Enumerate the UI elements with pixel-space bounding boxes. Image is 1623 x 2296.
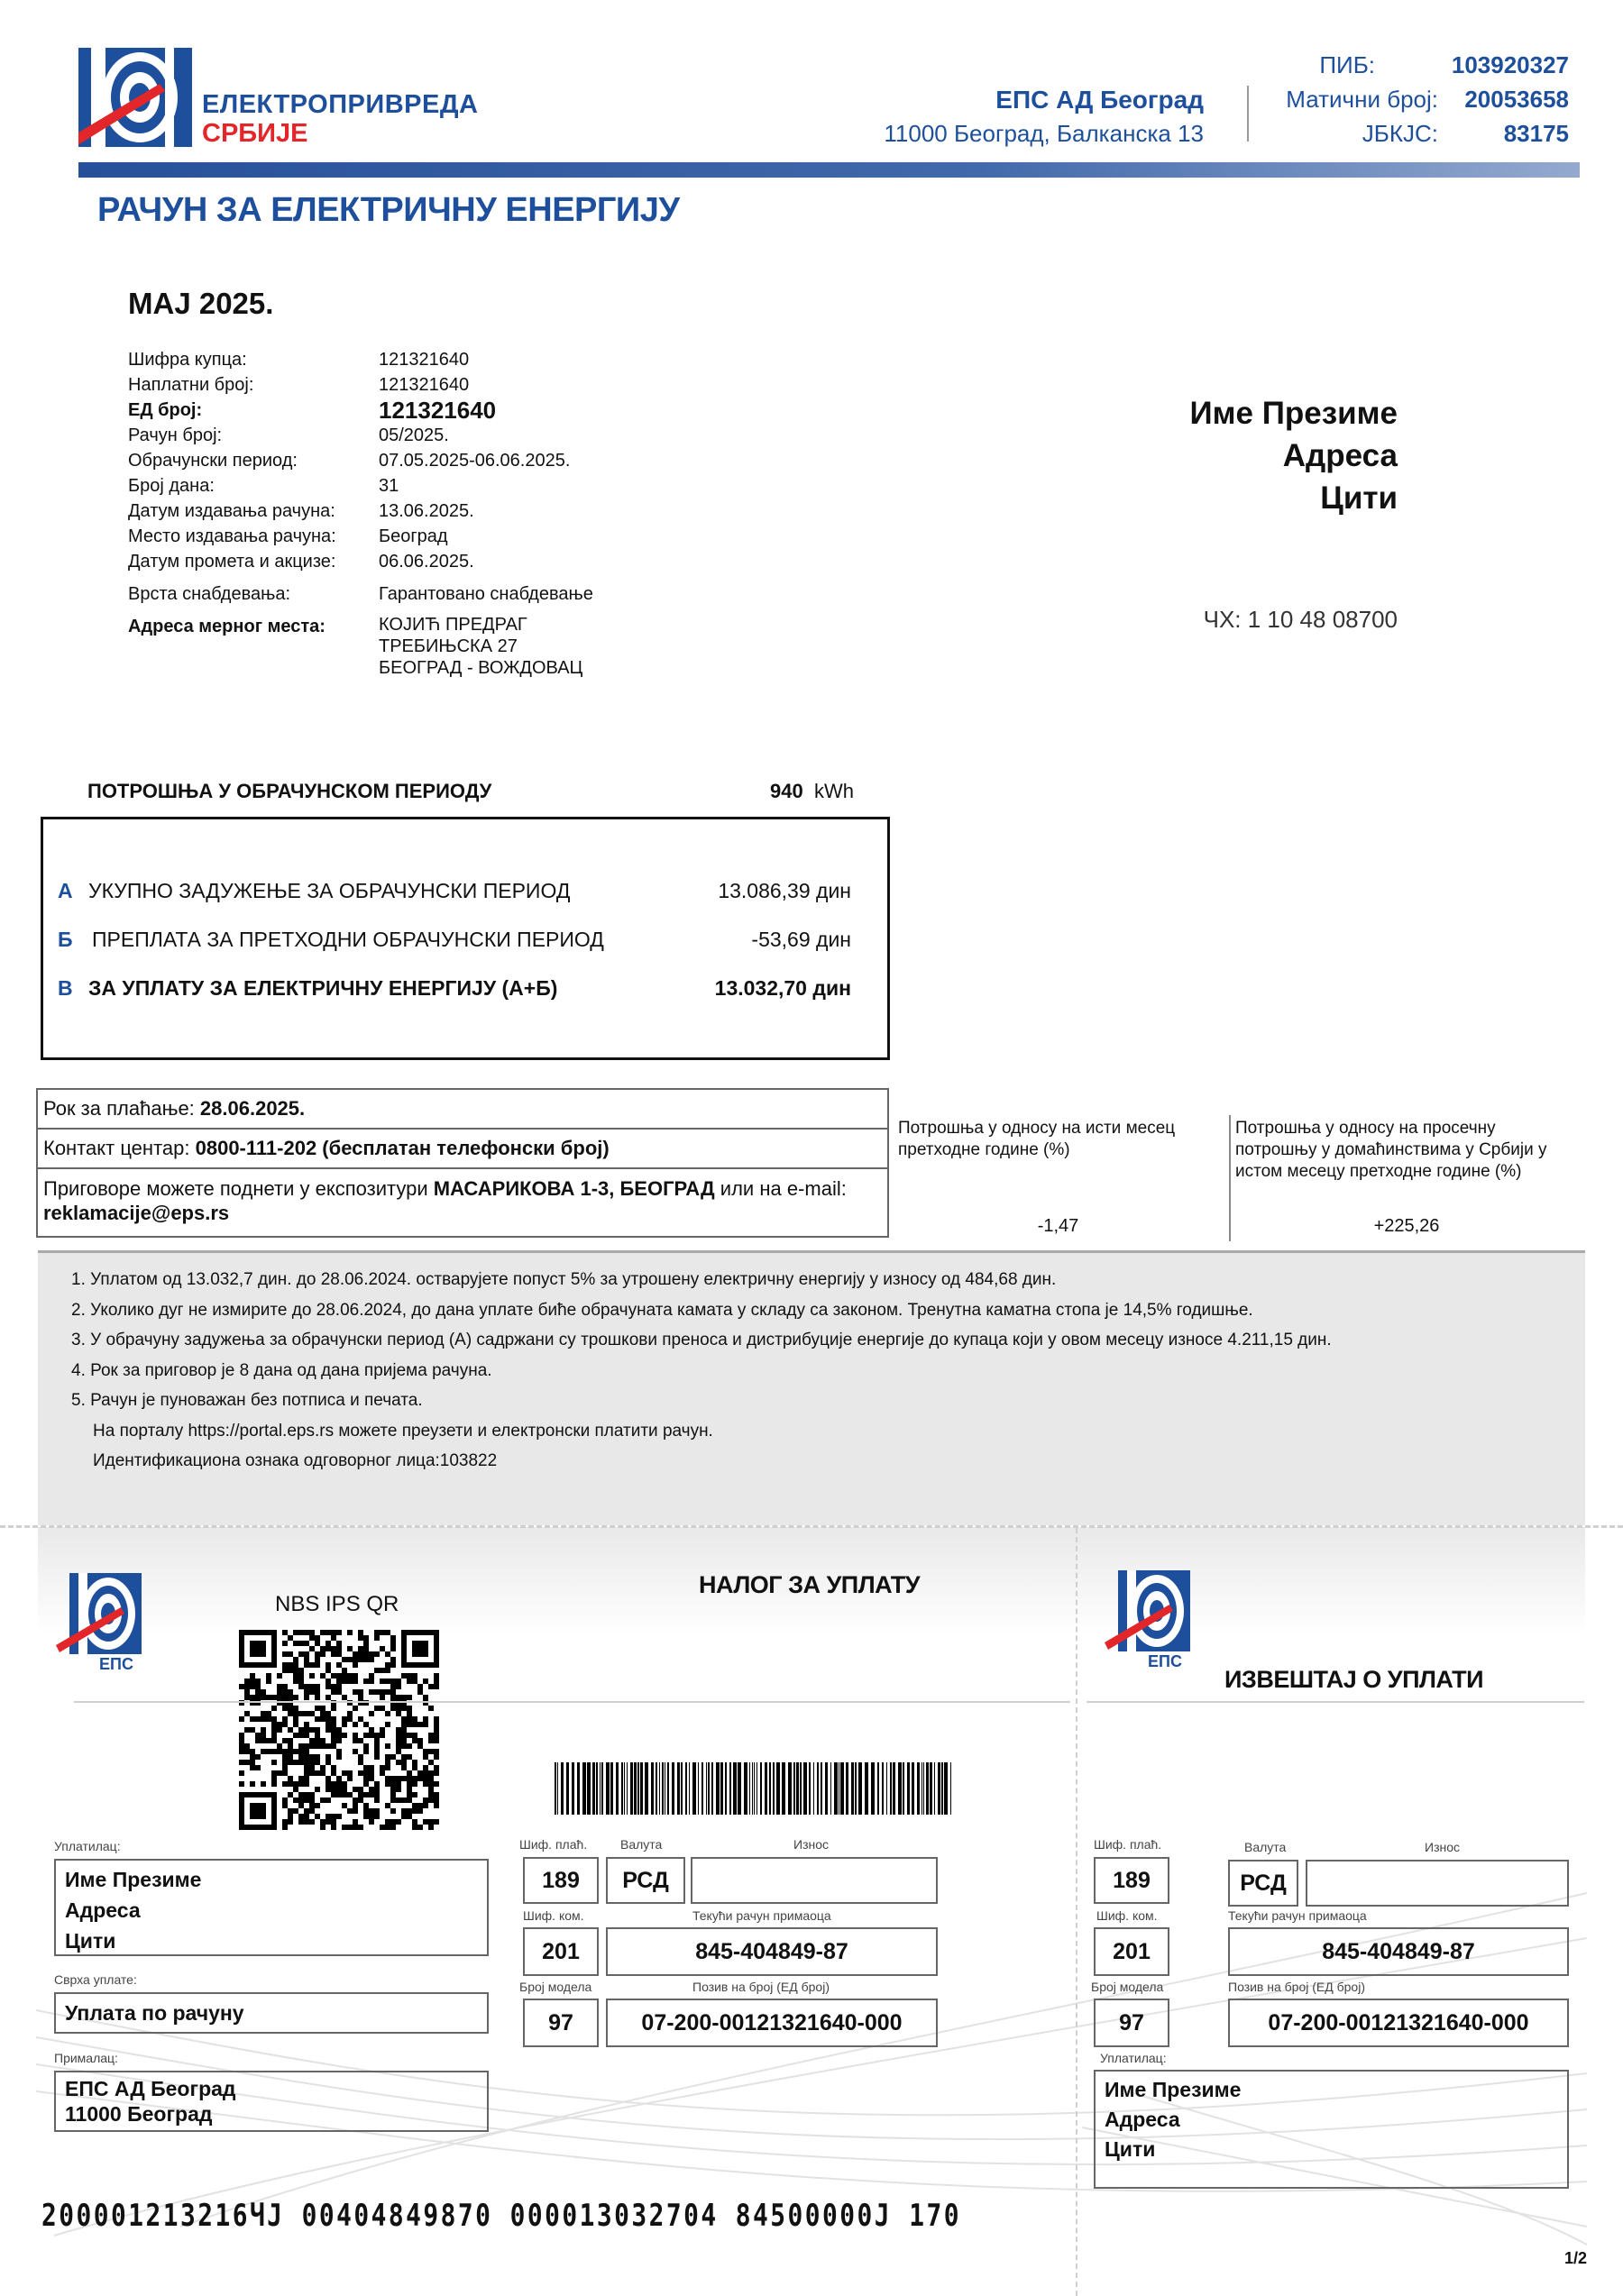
receipt-amount-label: Износ	[1425, 1840, 1460, 1854]
comparison-divider	[1229, 1115, 1231, 1241]
jbkjs-value: 83175	[1504, 120, 1569, 148]
info-turnover-date: Датум промета и акцизе:06.06.2025.	[128, 549, 593, 574]
recipient-street: Адреса	[1189, 435, 1398, 477]
complaint-email-link[interactable]: reklamacije@eps.rs	[43, 1202, 229, 1224]
document-title: РАЧУН ЗА ЕЛЕКТРИЧНУ ЕНЕРГИЈУ	[97, 191, 680, 230]
complaint-info: Приговоре можете поднети у експозитури М…	[38, 1169, 887, 1236]
currency-field[interactable]: РСД	[606, 1857, 685, 1904]
qr-code[interactable]	[239, 1630, 439, 1834]
receipt-account-field[interactable]: 845-404849-87	[1228, 1927, 1569, 1976]
payer-label: Уплатилац:	[54, 1839, 121, 1853]
note-item: 1. Уплатом од 13.032,7 дин. до 28.06.202…	[71, 1265, 1585, 1295]
info-days: Број дана:31	[128, 473, 593, 499]
info-billing-number: Наплатни број:121321640	[128, 372, 593, 398]
total-row-a: А УКУПНО ЗАДУЖЕЊЕ ЗА ОБРАЧУНСКИ ПЕРИОД 1…	[58, 879, 851, 903]
bill-info: Шифра купца:121321640 Наплатни број:1213…	[128, 347, 593, 679]
receipt-title: ИЗВЕШТАЈ О УПЛАТИ	[1224, 1666, 1483, 1694]
svg-text:ЕПС: ЕПС	[1148, 1652, 1182, 1669]
comm-code-field[interactable]: 201	[523, 1927, 599, 1976]
receipt-pay-code-label: Шиф. плаћ.	[1094, 1837, 1161, 1852]
total-row-b: Б ПРЕПЛАТА ЗА ПРЕТХОДНИ ОБРАЧУНСКИ ПЕРИО…	[58, 928, 851, 952]
receipt-comm-code-label: Шиф. ком.	[1096, 1908, 1158, 1923]
billing-month: МАЈ 2025.	[128, 287, 273, 321]
info-issue-place: Место издавања рачуна:Београд	[128, 524, 593, 549]
info-billing-period: Обрачунски период:07.05.2025-06.06.2025.	[128, 448, 593, 473]
pay-code-field[interactable]: 189	[523, 1857, 599, 1904]
account-label: Текући рачун примаоца	[692, 1908, 831, 1923]
qr-label: NBS IPS QR	[275, 1592, 399, 1617]
receipt-amount-field[interactable]	[1306, 1860, 1569, 1907]
receipt-comm-code-field[interactable]: 201	[1094, 1927, 1169, 1976]
purpose-field[interactable]: Уплата по рачуну	[54, 1992, 489, 2034]
receipt-currency-label: Валута	[1244, 1840, 1286, 1854]
receipt-reference-field[interactable]: 07-200-00121321640-000	[1228, 1999, 1569, 2047]
chx-code: ЧХ: 1 10 48 08700	[1204, 606, 1398, 634]
receipt-pay-code-field[interactable]: 189	[1094, 1857, 1169, 1904]
mb-label: Матични број:	[1286, 86, 1438, 114]
info-ed-number: ЕД број:121321640	[128, 398, 593, 423]
note-item: 3. У обрачуну задужења за обрачунски пер…	[71, 1325, 1585, 1356]
reference-field[interactable]: 07-200-00121321640-000	[606, 1999, 938, 2047]
receipt-payer-field[interactable]: Име Презиме Адреса Цити	[1094, 2070, 1569, 2189]
note-item: 5. Рачун је пуноважан без потписа и печа…	[71, 1386, 1585, 1416]
note-portal: На порталу https://portal.eps.rs можете …	[71, 1416, 1585, 1447]
ocr-line: 200001213216ЧЈ 00404849870 000013032704 …	[41, 2198, 961, 2234]
note-item: 2. Уколико дуг не измирите до 28.06.2024…	[71, 1295, 1585, 1326]
recipient-city: Цити	[1189, 477, 1398, 519]
info-issue-date: Датум издавања рачуна:13.06.2025.	[128, 499, 593, 524]
company-address: 11000 Београд, Балканска 13	[884, 120, 1204, 148]
payee-field[interactable]: ЕПС АД Београд 11000 Београд	[54, 2071, 489, 2132]
notes-box: 1. Уплатом од 13.032,7 дин. до 28.06.202…	[38, 1250, 1585, 1525]
account-field[interactable]: 845-404849-87	[606, 1927, 938, 1976]
brand-name-line2: СРБИЈЕ	[202, 119, 307, 149]
comm-code-label: Шиф. ком.	[523, 1908, 584, 1923]
info-meter-address: Адреса мерног места: КОЈИЋ ПРЕДРАГ ТРЕБИ…	[128, 614, 593, 679]
cut-line-horizontal	[0, 1525, 1623, 1528]
comparison-prev-year: Потрошња у односу на исти месец претходн…	[898, 1118, 1218, 1253]
comparison-avg-serbia: Потрошња у односу на просечну потрошњу у…	[1235, 1118, 1578, 1253]
info-supply-type: Врста снабдевања:Гарантовано снабдевање	[128, 581, 593, 607]
receipt-model-label: Број модела	[1091, 1980, 1163, 1994]
receipt-currency-field[interactable]: РСД	[1228, 1860, 1298, 1907]
slip-eps-logo: ЕПС	[56, 1573, 146, 1677]
note-item: 4. Рок за приговор је 8 дана од дана при…	[71, 1356, 1585, 1386]
amount-field[interactable]	[691, 1857, 938, 1904]
amount-label: Износ	[793, 1837, 829, 1852]
page-number: 1/2	[1564, 2249, 1587, 2268]
model-label: Број модела	[519, 1980, 591, 1994]
company-name: ЕПС АД Београд	[995, 86, 1204, 114]
eps-logo	[78, 48, 192, 151]
pay-code-label: Шиф. плаћ.	[519, 1837, 587, 1852]
reference-label: Позив на број (ЕД број)	[692, 1980, 830, 1994]
payment-order-title: НАЛОГ ЗА УПЛАТУ	[699, 1571, 920, 1599]
recipient-address: Име Презиме Адреса Цити	[1189, 392, 1398, 519]
total-row-c: В ЗА УПЛАТУ ЗА ЕЛЕКТРИЧНУ ЕНЕРГИЈУ (А+Б)…	[58, 976, 851, 1001]
currency-label: Валута	[620, 1837, 662, 1852]
contact-center: Контакт центар: 0800-111-202 (бесплатан …	[38, 1130, 887, 1169]
info-customer-code: Шифра купца:121321640	[128, 347, 593, 372]
consumption-value: 940	[770, 780, 803, 802]
pib-label: ПИБ:	[1319, 51, 1375, 79]
purpose-label: Сврха уплате:	[54, 1972, 137, 1987]
receipt-divider	[1087, 1701, 1584, 1703]
receipt-eps-logo: ЕПС	[1105, 1570, 1195, 1674]
receipt-account-label: Текући рачун примаоца	[1228, 1908, 1367, 1923]
jbkjs-label: ЈБКЈС:	[1362, 120, 1438, 148]
cut-line-vertical	[1076, 1528, 1077, 2296]
svg-text:ЕПС: ЕПС	[99, 1655, 133, 1672]
consumption-label: ПОТРОШЊА У ОБРАЧУНСКОМ ПЕРИОДУ	[87, 780, 491, 803]
receipt-payer-label: Уплатилац:	[1100, 2051, 1167, 2065]
payer-field[interactable]: Име Презиме Адреса Цити	[54, 1859, 489, 1956]
model-field[interactable]: 97	[523, 1999, 599, 2047]
payee-label: Прималац:	[54, 2051, 118, 2065]
note-responsible-id: Идентификациона ознака одговорног лица:1…	[71, 1446, 1585, 1477]
payment-due: Рок за плаћање: 28.06.2025.	[38, 1090, 887, 1130]
consumption-unit: kWh	[814, 780, 854, 802]
header-bar	[78, 162, 1580, 178]
receipt-model-field[interactable]: 97	[1094, 1999, 1169, 2047]
receipt-reference-label: Позив на број (ЕД број)	[1228, 1980, 1365, 1994]
mb-value: 20053658	[1464, 86, 1569, 114]
totals-box: А УКУПНО ЗАДУЖЕЊЕ ЗА ОБРАЧУНСКИ ПЕРИОД 1…	[41, 817, 890, 1060]
info-invoice-number: Рачун број:05/2025.	[128, 423, 593, 448]
barcode	[555, 1762, 956, 1819]
contact-info: Рок за плаћање: 28.06.2025. Контакт цент…	[36, 1088, 889, 1238]
brand-name-line1: ЕЛЕКТРОПРИВРЕДА	[202, 90, 478, 120]
recipient-name: Име Презиме	[1189, 392, 1398, 435]
consumption-row: ПОТРОШЊА У ОБРАЧУНСКОМ ПЕРИОДУ 940 kWh	[87, 780, 863, 803]
header-divider	[1247, 86, 1249, 142]
pib-value: 103920327	[1452, 51, 1569, 79]
slip-divider	[74, 1701, 1070, 1703]
